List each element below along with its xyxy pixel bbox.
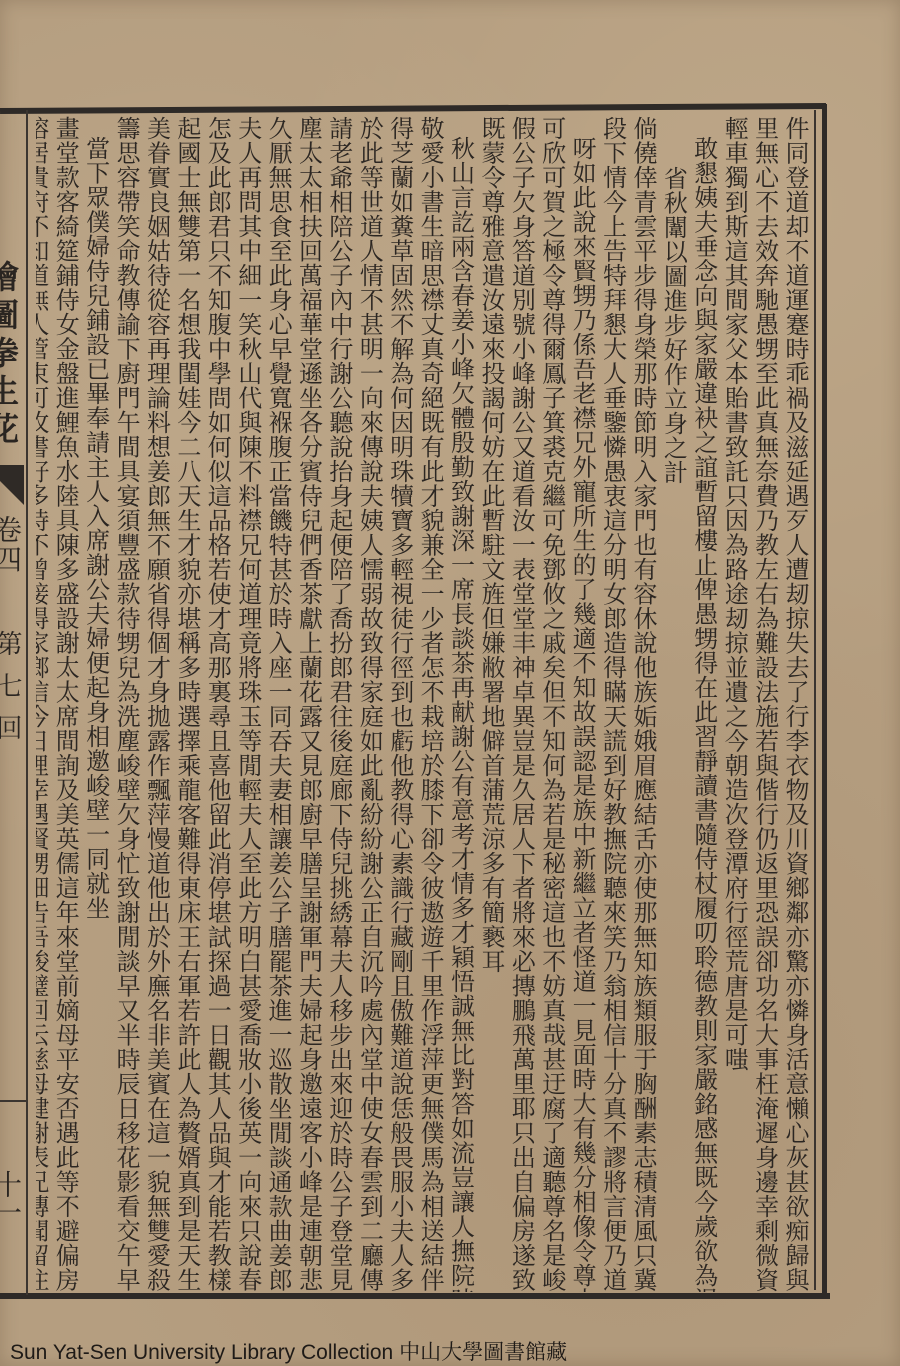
- text-column: 假公子欠身答道別號小峰謝公又道看汝一表堂堂丰神卓異豈是久居人下者將來必摶鵬飛萬里…: [506, 116, 536, 1292]
- text-column: 省秋闈以圖進步好作立身之計: [658, 116, 688, 1292]
- text-column: 溶居貴府不知道無人管束可攻書好多時不曾接得家鄉信今日裡幸遇賢甥細告吾峻璧回云慈母…: [36, 116, 50, 1292]
- text-column: 呀如此說來賢甥乃係吾老襟兄外寵所生的了幾適不知故誤認是族中新繼立者怪道一見面時大…: [567, 116, 597, 1292]
- chapter-label: 第七回: [0, 630, 26, 756]
- text-column: 段下情今上告特拜懇大人垂鑒憐愚衷這分明女郎造得瞞天謊到好教撫院聽來笑乃翁相信十分…: [597, 116, 627, 1292]
- text-column: 秋山言訖兩含春姜小峰欠體殷勤致謝深一席長談茶再献謝公有意考才情多才穎悟誠無比對答…: [445, 116, 475, 1292]
- frame-right-outer-border: [822, 104, 827, 1296]
- fishtail-mark-icon: [0, 465, 24, 505]
- main-text-block: 件同登道却不道運蹇時乖禍及滋延遇歹人遭刼掠失去了行李衣物及川資鄉鄰亦驚亦憐身活意…: [36, 116, 810, 1292]
- text-column: 請老爺相陪公子內中行謝公聽說抬身起便陪了喬扮郎君往後庭廊下侍兒挑綉幕夫人移步出來…: [324, 116, 354, 1292]
- text-column: 倘僥倖青雲平步得身榮那時節明入家門也有容休說他族姤娥眉應結舌亦使那無知族類服于胸…: [628, 116, 658, 1292]
- book-title: 繪圖拳生花: [0, 260, 24, 450]
- text-column: 輕車獨到斯這其間家父本貽書致託只因為路途刼掠並遺之今朝造次登潭府行徑荒唐是可嗤: [719, 116, 749, 1292]
- text-column: 塵太太相扶回萬福華堂遜坐各分賓侍兒們香茶獻上蘭花露又見郎廚早膳呈謝軍門夫婦起身邀…: [293, 116, 323, 1292]
- frame-bottom-border: [0, 1293, 830, 1299]
- text-column: 既蒙令尊雅意遣汝遠來投謁何妨在此暫駐文旌但嫌敝署地僻首蒲荒涼多有簡褻耳: [476, 116, 506, 1292]
- text-column: 得芝蘭如糞草固然不解為何因明珠犢寶多輕視徒行徑到也虧他教得心素識行藏剛且傲難道說…: [384, 116, 414, 1292]
- page-number-divider: [0, 1100, 26, 1102]
- text-column: 件同登道却不道運蹇時乖禍及滋延遇歹人遭刼掠失去了行李衣物及川資鄉鄰亦驚亦憐身活意…: [780, 116, 810, 1292]
- frame-top-border: [0, 103, 826, 114]
- library-watermark: Sun Yat-Sen University Library Collectio…: [10, 1336, 567, 1366]
- text-column: 籌思容帶笑命教傳諭下廚門午間具宴須豐盛款待甥兒為洗塵峻壁欠身忙致謝閒談早又半時辰…: [111, 116, 141, 1292]
- text-column: 怎及此郎君只不知腹中學問如何似這品格若使才高那裏尋且喜他留此消停堪試探過一日觀其…: [202, 116, 232, 1292]
- banxin-fold-strip: 繪圖拳生花 卷四 第七回 十一: [0, 110, 26, 1295]
- text-column: 美眷實良姻姑待從容再理論料想姜郎無不願省得個才身拋露作飄萍慢道他出於外廡名非美賓…: [141, 116, 171, 1292]
- text-column: 畫堂款客綺筵鋪侍女金盤進鯉魚水陸具陳多盛設謝太太席間詢及美英儒這年來堂前嫡母平安…: [50, 116, 80, 1292]
- text-column: 敬愛小書生暗思襟丈真奇絕既有此才貌兼全一少者怎不栽培於膝下卻令彼遨遊千里作浮萍更…: [415, 116, 445, 1292]
- frame-right-inner-border: [814, 110, 816, 1290]
- text-column: 可欣可賀之極令尊得爾鳳子箕裘克繼可免鄧攸之戚矣但不知何為若是秘密這也不妨真哉甚迂…: [536, 116, 566, 1292]
- volume-label: 卷四: [0, 515, 26, 575]
- text-column: 於此等世道人情不甚明一向來傳說夫姨人懦弱故致得家庭如此亂紛紛謝公正自沉吟處內堂中…: [354, 116, 384, 1292]
- text-column: 里無心不去效奔馳愚甥至此真無奈費乃教左右為難設法施若與偕行仍返里恐誤卻功名大事枉…: [749, 116, 779, 1292]
- text-column: 當下眾僕婦侍兒鋪設已畢奉請主人入席謝公夫婦便起身相邀峻壁一同就坐: [80, 116, 110, 1292]
- banxin-border-line: [26, 110, 28, 1295]
- text-column: 敢懇姨夫垂念向與家嚴違袂之誼暫留樓止俾愚甥得在此習靜讀書隨侍杖履叨聆德教則家嚴銘…: [688, 116, 718, 1292]
- text-column: 夫人再問其中細一笑秋山代與陳不料襟兄何道理竟將珠玉等閒輕夫人至此方明白甚愛喬妝小…: [232, 116, 262, 1292]
- text-column: 起國士無雙第一名想我閨娃今二八天生才貌亦堪稱多時選擇乘龍客難得東床王右軍若許此人…: [171, 116, 201, 1292]
- page-number: 十一: [0, 1170, 26, 1226]
- text-column: 久厭無思食至此身心早覺寬褓腹正當饑特甚於時入座一同吞夫妻相讓姜公子膳罷茶進一巡散…: [263, 116, 293, 1292]
